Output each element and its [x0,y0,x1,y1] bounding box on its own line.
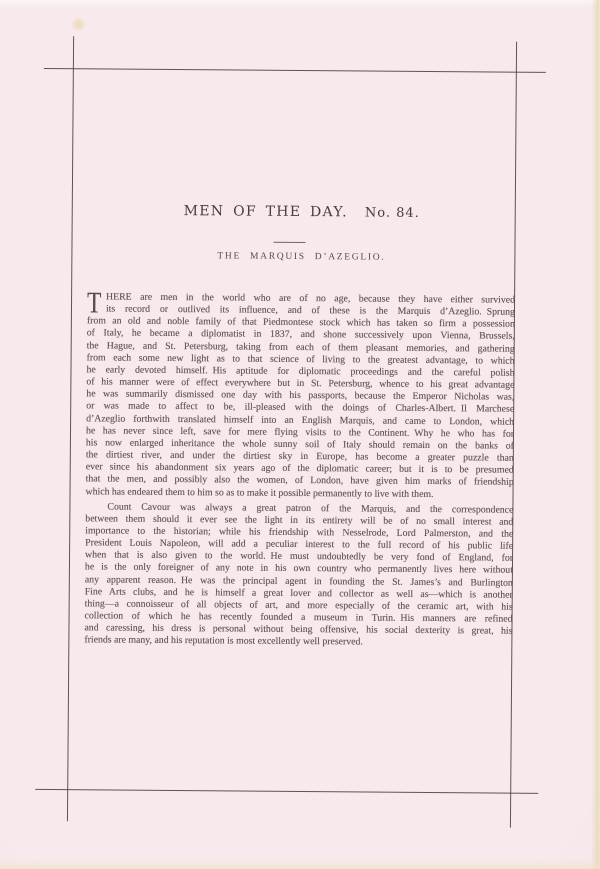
issue-number: No. 84. [365,206,420,221]
paragraph: Count Cavour was always a great patron o… [84,501,513,650]
drop-cap: T [87,290,101,315]
masthead: MEN OF THE DAY.No. 84. [2,201,600,224]
paper-edge-top [0,0,600,8]
article-body: THERE are men in the world who are of no… [84,291,515,650]
series-title: MEN OF THE DAY. [184,203,348,220]
title-divider-rule [274,242,306,243]
paper-edge-bottom [0,860,600,869]
article-title: THE MARQUIS D’AZEGLIO. [1,250,600,265]
paper-edge-right [591,0,600,869]
paragraph: THERE are men in the world who are of no… [85,291,515,501]
border-line-top [44,68,546,73]
paper-stain [69,15,88,34]
border-line-left [67,36,75,821]
scanned-page: MEN OF THE DAY.No. 84. THE MARQUIS D’AZE… [0,0,600,869]
border-line-bottom [35,789,538,794]
scan-tilt-wrapper: MEN OF THE DAY.No. 84. THE MARQUIS D’AZE… [0,0,600,869]
